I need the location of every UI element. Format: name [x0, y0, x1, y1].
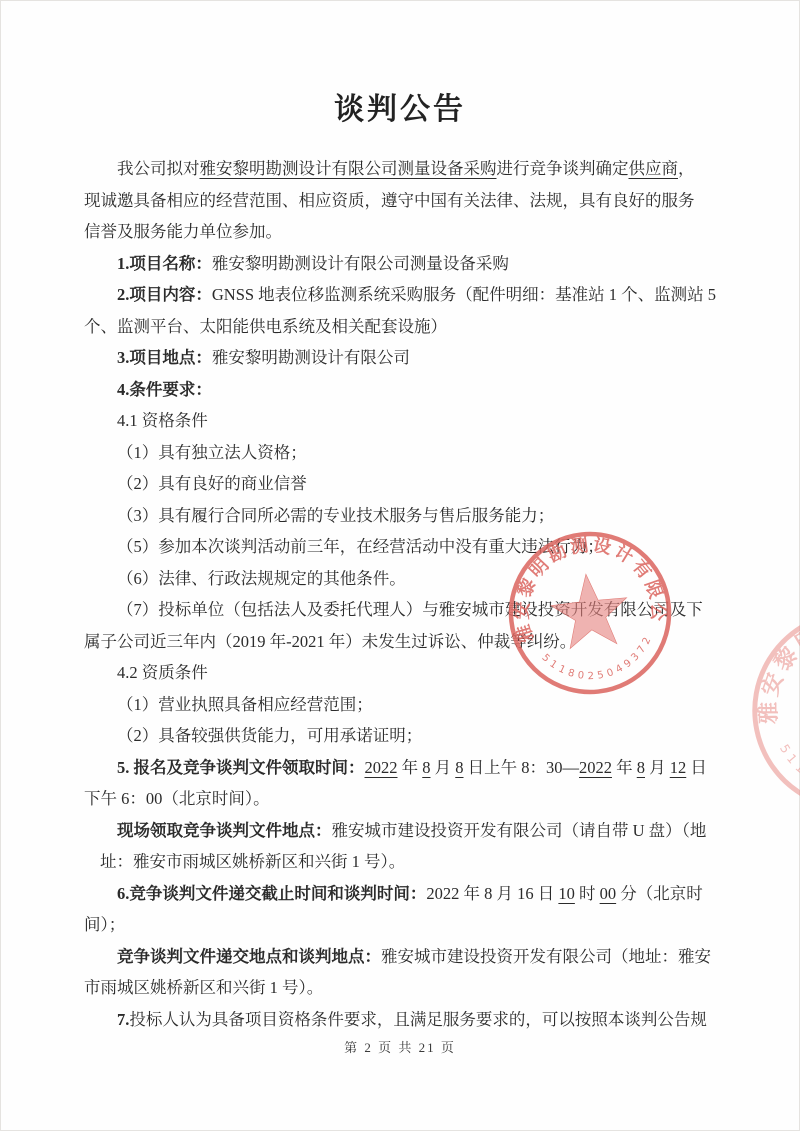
- text-segment: 分（北京时: [616, 884, 703, 903]
- doc-line: 现诚邀具备相应的经营范围、相应资质，遵守中国有关法律、法规，具有良好的服务: [84, 185, 732, 217]
- text-segment: 供应商: [629, 159, 679, 178]
- text-segment: 10: [558, 884, 575, 903]
- text-segment: 2022: [579, 758, 612, 777]
- document-page: 谈判公告 我公司拟对雅安黎明勘测设计有限公司测量设备采购进行竞争谈判确定供应商，…: [0, 0, 800, 1131]
- doc-line: 市雨城区姚桥新区和兴街 1 号）。: [84, 972, 732, 1004]
- text-segment: （6）法律、行政法规规定的其他条件。: [117, 569, 406, 588]
- doc-line: 下午 6：00（北京时间）。: [84, 783, 732, 815]
- doc-line: （3）具有履行合同所必需的专业技术服务与售后服务能力；: [84, 500, 732, 532]
- text-segment: 日上午 8：30—: [464, 758, 580, 777]
- text-segment: 投标人认为具备项目资格条件要求，且满足服务要求的，可以按照本谈判公告规: [129, 1010, 707, 1029]
- doc-line: 5. 报名及竞争谈判文件领取时间：2022 年 8 月 8 日上午 8：30—2…: [84, 752, 732, 784]
- doc-line: 6.竞争谈判文件递交截止时间和谈判时间：2022 年 8 月 16 日 10 时…: [84, 878, 732, 910]
- doc-line: 1.项目名称：雅安黎明勘测设计有限公司测量设备采购: [84, 248, 732, 280]
- doc-line: 2.项目内容：GNSS 地表位移监测系统采购服务（配件明细：基准站 1 个、监测…: [84, 279, 732, 311]
- text-segment: 3.项目地点：: [117, 348, 212, 367]
- text-segment: 日: [686, 758, 707, 777]
- text-segment: 5. 报名及竞争谈判文件领取时间：: [117, 758, 365, 777]
- doc-line: 现场领取竞争谈判文件地点：雅安城市建设投资开发有限公司（请自带 U 盘）（地: [84, 815, 732, 847]
- text-segment: 月: [431, 758, 456, 777]
- text-segment: 2.项目内容：: [117, 285, 212, 304]
- text-segment: 6.竞争谈判文件递交截止时间和谈判时间：: [117, 884, 426, 903]
- text-segment: 现场领取竞争谈判文件地点：: [117, 821, 332, 840]
- text-segment: 址：雅安市雨城区姚桥新区和兴街 1 号）。: [100, 852, 405, 871]
- doc-line: 竞争谈判文件递交地点和谈判地点：雅安城市建设投资开发有限公司（地址：雅安: [84, 941, 732, 973]
- text-segment: 7.: [117, 1010, 129, 1029]
- seal-ring: [739, 597, 800, 823]
- doc-line: （2）具有良好的商业信誉: [84, 468, 732, 500]
- doc-line: （6）法律、行政法规规定的其他条件。: [84, 563, 732, 595]
- text-segment: 1.项目名称：: [117, 254, 212, 273]
- doc-line: 7.投标人认为具备项目资格条件要求，且满足服务要求的，可以按照本谈判公告规: [84, 1004, 732, 1036]
- doc-line: （7）投标单位（包括法人及委托代理人）与雅安城市建设投资开发有限公司及下: [84, 594, 732, 626]
- text-segment: 雅安黎明勘测设计有限公司: [212, 348, 410, 367]
- text-segment: 4.2 资质条件: [117, 663, 208, 682]
- text-segment: 雅安黎明勘测设计有限公司测量设备采购: [200, 159, 497, 178]
- text-segment: 年: [398, 758, 423, 777]
- doc-line: 4.1 资格条件: [84, 405, 732, 437]
- doc-line: 信誉及服务能力单位参加。: [84, 216, 732, 248]
- text-segment: 时: [575, 884, 600, 903]
- text-segment: （5）参加本次谈判活动前三年，在经营活动中没有重大违法行为；: [117, 537, 604, 556]
- doc-line: （1）具有独立法人资格；: [84, 437, 732, 469]
- doc-line: （2）具备较强供货能力，可用承诺证明；: [84, 720, 732, 752]
- doc-line: 属子公司近三年内（2019 年-2021 年）未发生过诉讼、仲裁等纠纷。: [84, 626, 732, 658]
- text-segment: 我公司拟对: [117, 159, 200, 178]
- text-segment: 4.条件要求：: [117, 380, 212, 399]
- text-segment: GNSS 地表位移监测系统采购服务（配件明细：基准站 1 个、监测站 5: [212, 285, 716, 304]
- text-segment: 4.1 资格条件: [117, 411, 208, 430]
- text-segment: 雅安黎明勘测设计有限公司测量设备采购: [212, 254, 509, 273]
- text-segment: 现诚邀具备相应的经营范围、相应资质，遵守中国有关法律、法规，具有良好的服务: [84, 191, 695, 210]
- document-body: 我公司拟对雅安黎明勘测设计有限公司测量设备采购进行竞争谈判确定供应商，现诚邀具备…: [84, 153, 732, 1035]
- text-segment: 下午 6：00（北京时间）。: [84, 789, 270, 808]
- doc-line: 址：雅安市雨城区姚桥新区和兴街 1 号）。: [84, 846, 732, 878]
- text-segment: 年: [612, 758, 637, 777]
- text-segment: 市雨城区姚桥新区和兴街 1 号）。: [84, 978, 323, 997]
- text-segment: 12: [670, 758, 687, 777]
- text-segment: （1）具有独立法人资格；: [117, 443, 307, 462]
- text-segment: ，: [678, 159, 695, 178]
- text-segment: 月: [645, 758, 670, 777]
- text-segment: 雅安城市建设投资开发有限公司（请自带 U 盘）（地: [332, 821, 707, 840]
- text-segment: 8: [455, 758, 463, 777]
- text-segment: （2）具有良好的商业信誉: [117, 474, 307, 493]
- text-segment: 00: [600, 884, 617, 903]
- text-segment: 8: [422, 758, 430, 777]
- doc-line: 我公司拟对雅安黎明勘测设计有限公司测量设备采购进行竞争谈判确定供应商，: [84, 153, 732, 185]
- text-segment: 雅安城市建设投资开发有限公司（地址：雅安: [381, 947, 711, 966]
- text-segment: 2022 年 8 月 16 日: [426, 884, 558, 903]
- text-segment: （1）营业执照具备相应经营范围；: [117, 695, 373, 714]
- doc-line: （1）营业执照具备相应经营范围；: [84, 689, 732, 721]
- text-segment: 进行竞争谈判确定: [497, 159, 629, 178]
- doc-line: 4.2 资质条件: [84, 657, 732, 689]
- text-segment: （7）投标单位（包括法人及委托代理人）与雅安城市建设投资开发有限公司及下: [117, 600, 703, 619]
- seal-number: 5118025049372: [771, 729, 800, 808]
- text-segment: 8: [637, 758, 645, 777]
- text-segment: 竞争谈判文件递交地点和谈判地点：: [117, 947, 381, 966]
- page-number: 第 2 页 共 21 页: [0, 1037, 800, 1056]
- doc-line: 4.条件要求：: [84, 374, 732, 406]
- svg-text:5118025049372: 5118025049372: [771, 729, 800, 808]
- text-segment: 属子公司近三年内（2019 年-2021 年）未发生过诉讼、仲裁等纠纷。: [84, 632, 576, 651]
- text-segment: 个、监测平台、太阳能供电系统及相关配套设施）: [84, 317, 447, 336]
- text-segment: 信誉及服务能力单位参加。: [84, 222, 282, 241]
- text-segment: （2）具备较强供货能力，可用承诺证明；: [117, 726, 422, 745]
- doc-line: 个、监测平台、太阳能供电系统及相关配套设施）: [84, 311, 732, 343]
- text-segment: （3）具有履行合同所必需的专业技术服务与售后服务能力；: [117, 506, 554, 525]
- doc-line: 3.项目地点：雅安黎明勘测设计有限公司: [84, 342, 732, 374]
- text-segment: 间）；: [84, 915, 125, 934]
- page-title: 谈判公告: [0, 84, 800, 128]
- text-segment: 2022: [365, 758, 398, 777]
- doc-line: 间）；: [84, 909, 732, 941]
- doc-line: （5）参加本次谈判活动前三年，在经营活动中没有重大违法行为；: [84, 531, 732, 563]
